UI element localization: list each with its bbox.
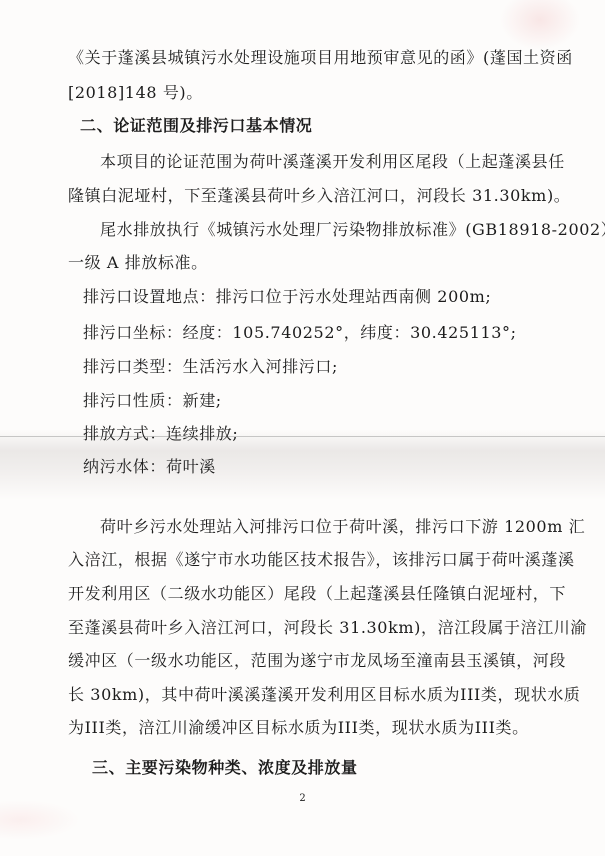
page-number: 2 xyxy=(0,793,605,804)
paragraph-line: 本项目的论证范围为荷叶溪蓬溪开发利用区尾段（上起蓬溪县任 xyxy=(100,152,572,172)
paragraph-line: 开发利用区（二级水功能区）尾段（上起蓬溪县任隆镇白泥垭村，下 xyxy=(68,584,540,604)
paragraph-line: 一级 A 排放标准。 xyxy=(68,253,540,273)
paragraph-line: 尾水排放执行《城镇污水处理厂污染物排放标准》(GB18918-2002） xyxy=(100,220,572,240)
paragraph-line: 隆镇白泥垭村，下至蓬溪县荷叶乡入涪江河口，河段长 31.30km)。 xyxy=(68,186,540,206)
paragraph-line: 缓冲区（一级水功能区，范围为遂宁市龙凤场至潼南县玉溪镇，河段 xyxy=(68,651,540,671)
paragraph-line: 为III类，涪江川渝缓冲区目标水质为III类，现状水质为III类。 xyxy=(68,718,540,738)
paragraph-line: 《关于蓬溪县城镇污水处理设施项目用地预审意见的函》(蓬国土资函 xyxy=(68,48,540,68)
receiving-water: 纳污水体：荷叶溪 xyxy=(83,457,555,477)
discharge-mode: 排放方式：连续排放; xyxy=(83,424,555,444)
outfall-nature: 排污口性质：新建; xyxy=(83,391,555,411)
paragraph-line: 长 30km)，其中荷叶溪溪蓬溪开发利用区目标水质为III类，现状水质 xyxy=(68,685,540,705)
outfall-location: 排污口设置地点：排污口位于污水处理站西南侧 200m; xyxy=(83,287,555,307)
paragraph-line: 至蓬溪县荷叶乡入涪江河口，河段长 31.30km)，涪江段属于涪江川渝 xyxy=(68,618,540,638)
section-heading-2: 二、论证范围及排污口基本情况 xyxy=(80,116,552,136)
section-heading-3: 三、主要污染物种类、浓度及排放量 xyxy=(92,758,564,778)
paragraph-line: 荷叶乡污水处理站入河排污口位于荷叶溪，排污口下游 1200m 汇 xyxy=(100,517,572,537)
document-page: 《关于蓬溪县城镇污水处理设施项目用地预审意见的函》(蓬国土资函 [2018]14… xyxy=(0,0,605,856)
paragraph-line: [2018]148 号)。 xyxy=(68,83,540,103)
outfall-coordinates: 排污口坐标：经度：105.740252°，纬度：30.425113°; xyxy=(83,323,555,343)
paragraph-line: 入涪江，根据《遂宁市水功能区技术报告》，该排污口属于荷叶溪蓬溪 xyxy=(68,550,540,570)
outfall-type: 排污口类型：生活污水入河排污口; xyxy=(83,357,555,377)
